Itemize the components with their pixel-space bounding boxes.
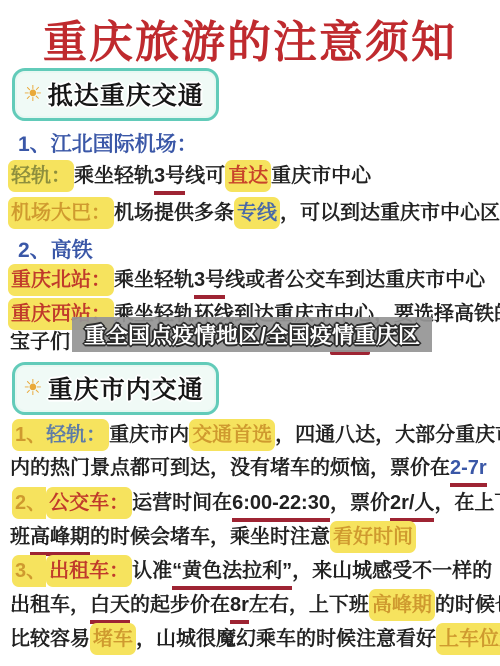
- text-segment: 8r: [230, 590, 249, 624]
- text-segment: 内的热门景点都可到达，没有堵车的烦恼，票价在: [10, 453, 450, 483]
- text-segment: 机场提供多条: [114, 198, 234, 228]
- text-segment: 出租车：: [46, 555, 132, 587]
- text-segment: 线可: [185, 161, 225, 191]
- paragraph-taxi-line3: 比较容易堵车，山城很魔幻乘车的时候注意看好上车位置: [10, 623, 500, 655]
- text-segment: 运营时间在: [132, 488, 232, 518]
- text-segment: ，在上下: [434, 488, 500, 518]
- text-segment: “黄色法拉利”: [172, 556, 292, 590]
- text-segment: 机场大巴：: [8, 197, 114, 229]
- text-segment: 堵车: [90, 623, 136, 655]
- text-segment: 3、: [12, 555, 46, 587]
- text-segment: 的时候也: [435, 590, 500, 620]
- text-segment: 2-7r: [450, 453, 487, 487]
- line-airport-bus: 机场大巴：机场提供多条专线，可以到达重庆市中心区域: [8, 197, 500, 229]
- infographic-note: 重庆旅游的注意须知 ☀ 抵达重庆交通 1、江北国际机场： 轻轨：乘坐轻轨3号线可…: [0, 0, 500, 666]
- text-segment: 的起步价在: [130, 590, 230, 620]
- text-segment: 认准: [132, 556, 172, 586]
- text-segment: 3号: [154, 161, 185, 195]
- text-segment: 看好时间: [330, 521, 416, 553]
- paragraph-light-rail-line2: 内的热门景点都可到达，没有堵车的烦恼，票价在2-7r: [10, 453, 487, 487]
- text-segment: ，可以到达重庆市中心区域: [280, 198, 500, 228]
- text-segment: 比较容易: [10, 624, 90, 654]
- text-segment: 轻轨：: [46, 419, 109, 451]
- line-covered-by-watermark: 宝子们: [10, 327, 70, 357]
- section-header-city-transport: ☀ 重庆市内交通: [12, 362, 219, 415]
- sun-icon: ☀: [23, 83, 43, 105]
- text-segment: 白天: [90, 590, 130, 624]
- text-segment: 高峰期: [30, 522, 90, 556]
- section-header-arrival-label: 抵达重庆交通: [48, 76, 204, 112]
- text-segment: 专线: [234, 197, 280, 229]
- text-segment: ，来山城感受不一样的: [292, 556, 492, 586]
- text-segment: 3号: [194, 265, 225, 299]
- text-segment: 乘坐轻轨: [114, 265, 194, 295]
- text-segment: 交通首选: [189, 419, 275, 451]
- text-segment: 直达: [225, 160, 271, 192]
- text-segment: ，四通八达，大部分重庆市: [275, 420, 500, 450]
- heading-high-speed-rail: 2、高铁: [18, 234, 93, 264]
- heading-jiangbei-airport: 1、江北国际机场：: [18, 128, 198, 158]
- text-segment: 乘坐轻轨: [74, 161, 154, 191]
- text-segment: 重庆市内: [109, 420, 189, 450]
- text-segment: 上车位置: [436, 623, 500, 655]
- text-segment: 重庆北站：: [8, 264, 114, 296]
- paragraph-bus-line1: 2、公交车：运营时间在6:00-22:30，票价2r/人，在上下: [12, 487, 500, 522]
- text-segment: ，山城很魔幻乘车的时候注意看好: [136, 624, 436, 654]
- section-header-city-transport-label: 重庆市内交通: [48, 370, 204, 406]
- text-segment: 1、: [12, 419, 46, 451]
- sun-icon: ☀: [23, 377, 43, 399]
- paragraph-taxi-line1: 3、出租车：认准“黄色法拉利”，来山城感受不一样的: [12, 555, 492, 590]
- text-segment: ，票价: [330, 488, 390, 518]
- text-segment: 线或者公交车到达重庆市中心: [225, 265, 485, 295]
- text-segment: 左右，上下班: [249, 590, 369, 620]
- watermark-overlay-bar: 重全国点疫情地区/全国疫情重庆区: [72, 317, 432, 352]
- text-segment: 6:00-22:30: [232, 488, 330, 522]
- watermark-overlay-text: 重全国点疫情地区/全国疫情重庆区: [84, 319, 420, 350]
- text-segment: 的时候会堵车，乘坐时注意: [90, 522, 330, 552]
- text-segment: 公交车：: [46, 487, 132, 519]
- text-segment: 高峰期: [369, 589, 435, 621]
- section-header-arrival: ☀ 抵达重庆交通: [12, 68, 219, 121]
- text-segment: 轻轨：: [8, 160, 74, 192]
- paragraph-light-rail-line1: 1、轻轨：重庆市内交通首选，四通八达，大部分重庆市: [12, 419, 500, 451]
- line-light-rail: 轻轨：乘坐轻轨3号线可直达重庆市中心: [8, 160, 371, 195]
- paragraph-taxi-line2: 出租车，白天的起步价在8r左右，上下班高峰期的时候也: [10, 589, 500, 624]
- text-segment: 2r/人: [390, 488, 434, 522]
- text-segment: 2、: [12, 487, 46, 519]
- page-title: 重庆旅游的注意须知: [0, 6, 500, 70]
- text-segment: 重庆市中心: [271, 161, 371, 191]
- text-segment: 出租车，: [10, 590, 90, 620]
- text-segment: 班: [10, 522, 30, 552]
- line-north-station: 重庆北站：乘坐轻轨3号线或者公交车到达重庆市中心: [8, 264, 485, 299]
- text-segment: 宝子们: [10, 327, 70, 357]
- paragraph-bus-line2: 班高峰期的时候会堵车，乘坐时注意看好时间: [10, 521, 416, 556]
